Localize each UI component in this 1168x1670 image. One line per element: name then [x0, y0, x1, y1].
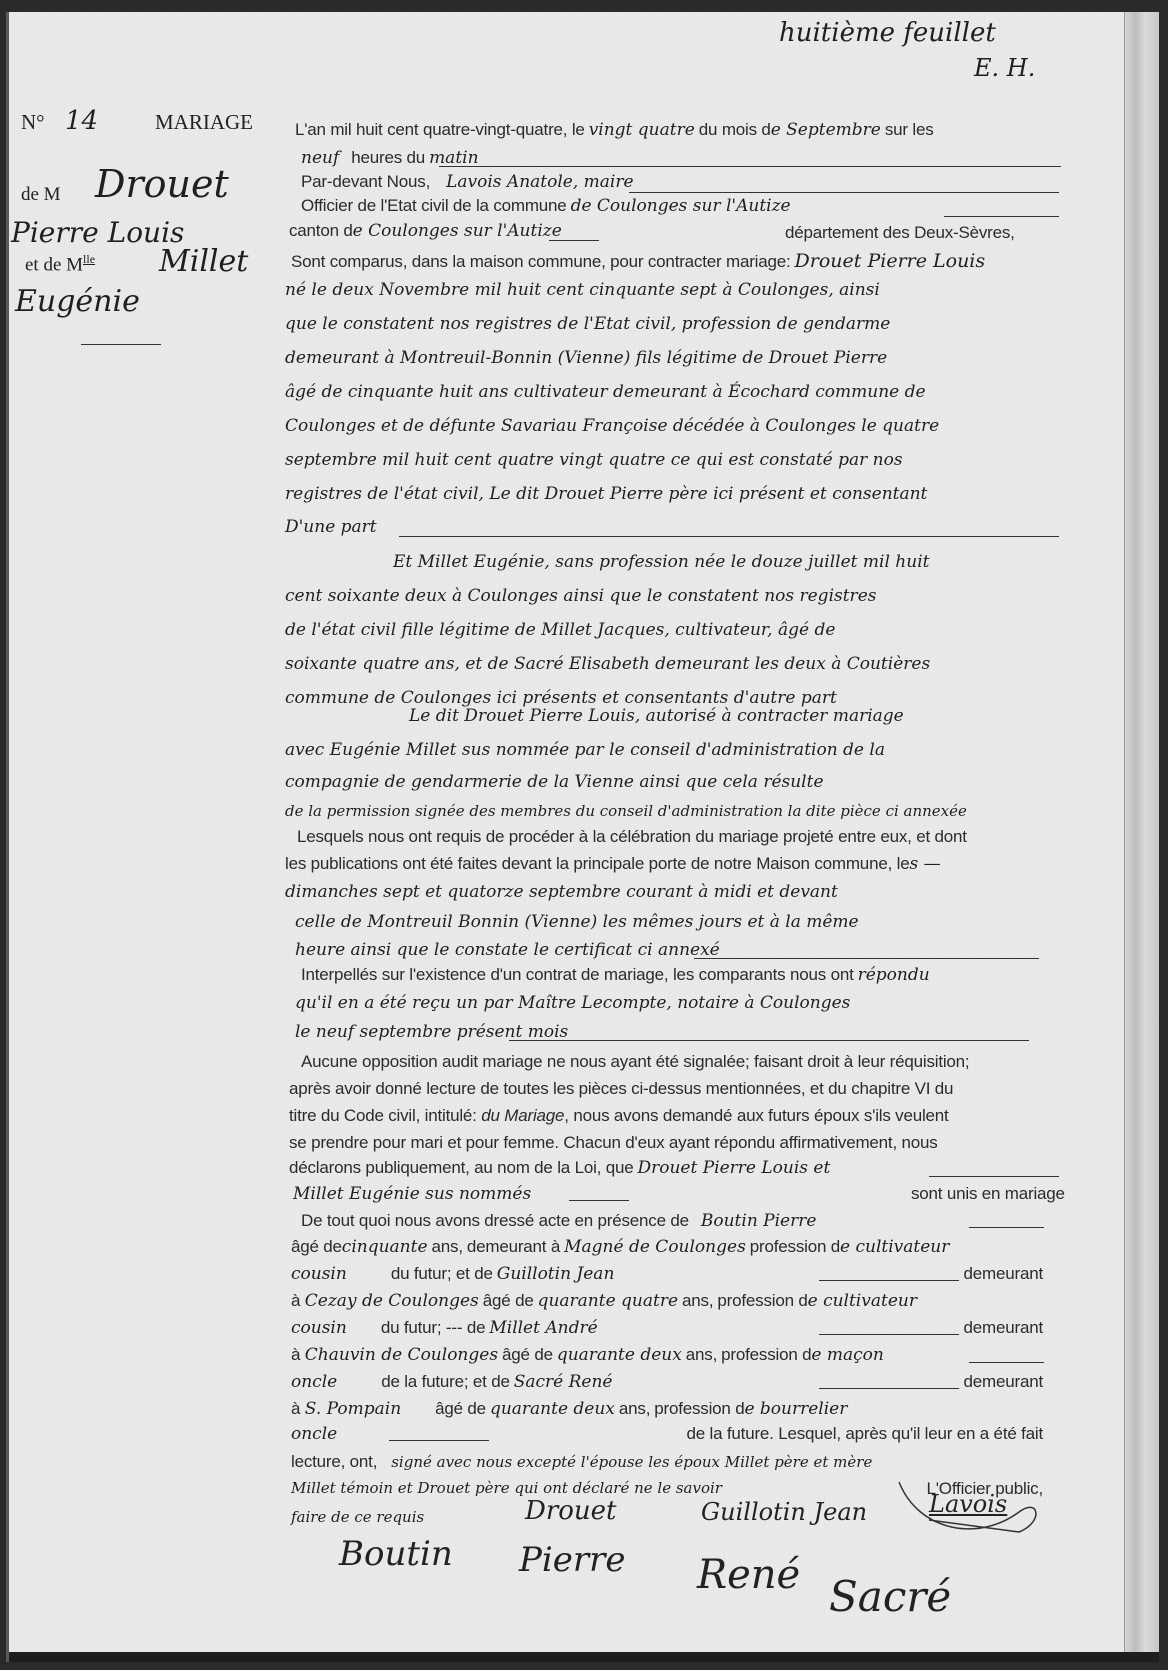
witness4-intro: oncle de la future; et de Sacré René dem…	[291, 1372, 1043, 1392]
declaration-line: déclarons publiquement, au nom de la Loi…	[289, 1158, 830, 1178]
signature-sacre: Sacré	[829, 1572, 951, 1621]
bride-line: de l'état civil fille légitime de Millet…	[285, 620, 835, 640]
fill-rule	[944, 216, 1059, 217]
bride-line: soixante quatre ans, et de Sacré Elisabe…	[285, 654, 930, 674]
signature-drouet: Drouet	[525, 1496, 617, 1526]
witness-intro: De tout quoi nous avons dressé acte en p…	[301, 1211, 816, 1231]
contract-hand-line: qu'il en a été reçu un par Maître Lecomp…	[295, 993, 850, 1013]
fill-rule	[694, 958, 1039, 959]
line-comparus: Sont comparus, dans la maison commune, p…	[291, 250, 985, 272]
authorization-line: de la permission signée des membres du c…	[285, 802, 967, 820]
signature-guillotin: Guillotin Jean	[701, 1498, 867, 1526]
groom-line: Coulonges et de défunte Savariau Françoi…	[285, 416, 939, 436]
margin-et-de-mlle: et de Mlle	[25, 252, 95, 276]
fill-rule	[549, 240, 599, 241]
publications-line: les publications ont été faites devant l…	[285, 854, 941, 874]
line-canton: canton de Coulonges sur l'Autize	[289, 221, 562, 241]
groom-line: né le deux Novembre mil huit cent cinqua…	[285, 280, 880, 300]
fill-rule	[509, 1040, 1029, 1041]
fill-rule	[819, 1388, 959, 1389]
departement-text: département des Deux-Sèvres,	[785, 223, 1015, 243]
opposition-line: Aucune opposition audit mariage ne nous …	[301, 1052, 969, 1072]
closing-line-2: lecture, ont, signé avec nous excepté l'…	[291, 1452, 872, 1472]
line-commune: Officier de l'Etat civil de la commune d…	[301, 196, 791, 216]
bride-line: cent soixante deux à Coulonges ainsi que…	[285, 586, 876, 606]
margin-bride-surname: Millet	[159, 244, 248, 279]
union-hand: Millet Eugénie sus nommés	[293, 1184, 531, 1204]
opposition-line: après avoir donné lecture de toutes les …	[289, 1079, 953, 1099]
groom-line: registres de l'état civil, Le dit Drouet…	[285, 484, 927, 504]
number-label: N°	[21, 110, 45, 135]
signature-boutin: Boutin	[339, 1534, 453, 1574]
initials: E. H.	[974, 54, 1035, 82]
opposition-line: titre du Code civil, intitulé: du Mariag…	[289, 1106, 949, 1126]
bride-line: commune de Coulonges ici présents et con…	[285, 688, 837, 708]
line-hour: neuf heures du matin	[301, 148, 479, 168]
fill-rule	[969, 1227, 1044, 1228]
act-number: 14	[65, 106, 98, 136]
witness3-details: à Chauvin de Coulonges âgé de quarante d…	[291, 1345, 884, 1365]
page-binding-edge	[1124, 12, 1159, 1662]
opposition-line: se prendre pour mari et pour femme. Chac…	[289, 1133, 938, 1153]
groom-line: septembre mil huit cent quatre vingt qua…	[285, 450, 903, 470]
line-mayor: Par-devant Nous, Lavois Anatole, maire	[301, 172, 634, 192]
groom-line: demeurant à Montreuil-Bonnin (Vienne) fi…	[285, 348, 887, 368]
closing-line-1: oncle de la future. Lesquel, après qu'il…	[291, 1424, 1043, 1444]
witness2-details: à Cezay de Coulonges âgé de quarante qua…	[291, 1291, 917, 1311]
fill-rule	[819, 1280, 959, 1281]
witness3-intro: cousin du futur; --- de Millet André dem…	[291, 1318, 1043, 1338]
witness2-intro: cousin du futur; et de Guillotin Jean de…	[291, 1264, 1043, 1284]
fill-rule	[569, 1200, 629, 1201]
margin-bride-given: Eugénie	[15, 284, 140, 319]
margin-flourish	[81, 344, 161, 345]
authorization-line: avec Eugénie Millet sus nommée par le co…	[285, 740, 885, 760]
signature-pierre: Pierre	[519, 1540, 626, 1580]
feuillet-annotation: huitième feuillet	[779, 18, 996, 48]
act-type-title: MARIAGE	[155, 110, 253, 135]
authorization-line: Le dit Drouet Pierre Louis, autorisé à c…	[409, 706, 904, 726]
fill-rule	[969, 1362, 1044, 1363]
groom-line: D'une part	[285, 517, 377, 537]
closing-line-4: faire de ce requis	[291, 1508, 424, 1526]
publications-hand-line: celle de Montreuil Bonnin (Vienne) les m…	[295, 912, 859, 932]
fill-rule	[629, 192, 1059, 193]
groom-line: que le constatent nos registres de l'Eta…	[285, 314, 890, 334]
fill-rule	[929, 1176, 1059, 1177]
bride-line: Et Millet Eugénie, sans profession née l…	[393, 552, 929, 572]
witness4-details: à S. Pompain âgé de quarante deux ans, p…	[291, 1399, 847, 1419]
register-page: huitième feuillet E. H. N° 14 MARIAGE de…	[6, 12, 1159, 1662]
page-bottom-edge	[9, 1652, 1159, 1662]
witness1-details: âgé decinquante ans, demeurant à Magné d…	[291, 1237, 949, 1257]
line-date: L'an mil huit cent quatre-vingt-quatre, …	[295, 120, 934, 140]
mayor-paraph-flourish	[889, 1472, 1049, 1552]
union-print: sont unis en mariage	[911, 1184, 1065, 1204]
margin-de-m: de M	[21, 184, 61, 206]
margin-groom-surname: Drouet	[95, 162, 229, 206]
contract-line: Interpellés sur l'existence d'un contrat…	[301, 965, 930, 985]
fill-rule	[399, 536, 1059, 537]
publications-line: Lesquels nous ont requis de procéder à l…	[297, 827, 967, 847]
signature-rene: René	[697, 1552, 800, 1598]
contract-hand-line: le neuf septembre présent mois	[295, 1022, 568, 1042]
groom-line: âgé de cinquante huit ans cultivateur de…	[285, 382, 926, 402]
fill-rule	[439, 166, 1061, 167]
fill-rule	[389, 1440, 489, 1441]
authorization-line: compagnie de gendarmerie de la Vienne ai…	[285, 772, 824, 792]
publications-hand-line: dimanches sept et quatorze septembre cou…	[285, 882, 838, 902]
publications-hand-line: heure ainsi que le constate le certifica…	[295, 940, 720, 960]
fill-rule	[819, 1334, 959, 1335]
